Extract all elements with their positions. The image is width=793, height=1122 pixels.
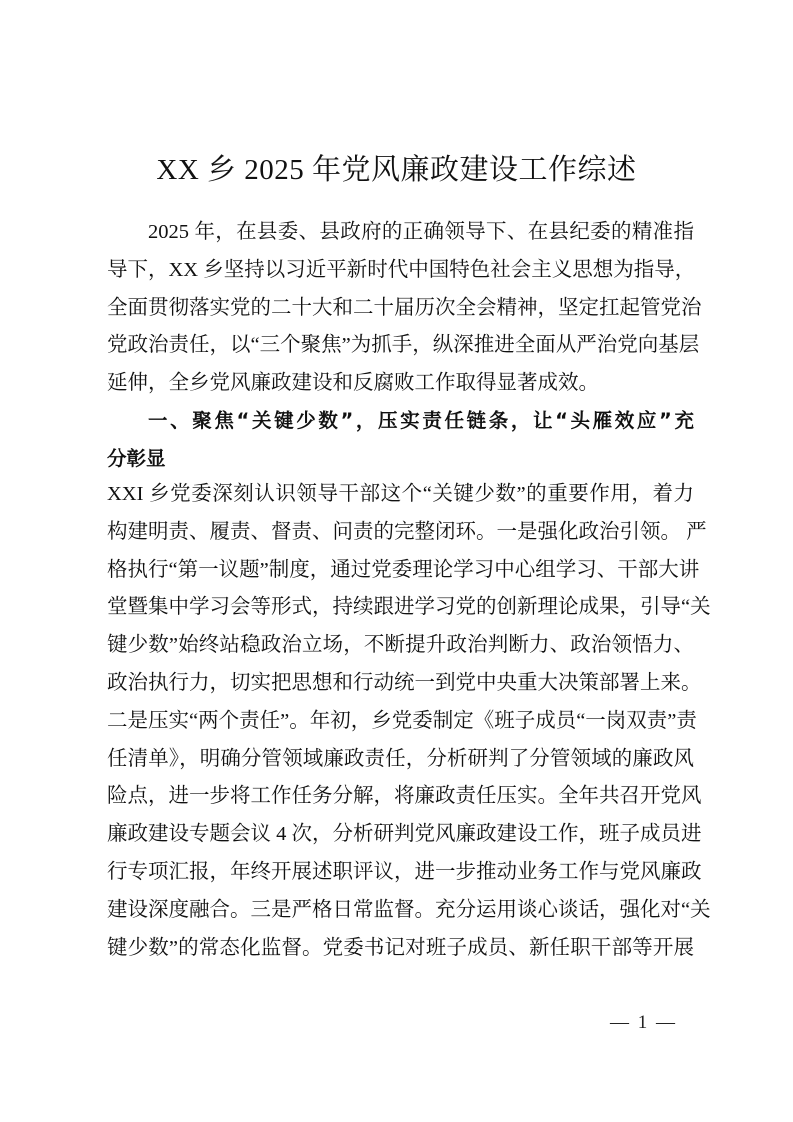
text-line: 廉政建设专题会议 4 次，分析研判党风廉政建设工作，班子成员进: [107, 816, 694, 854]
text-line: XXI 乡党委深刻认识领导干部这个“关键少数”的重要作用，着力: [107, 476, 694, 514]
document-page: XX 乡 2025 年党风廉政建设工作综述 2025 年，在县委、县政府的正确领…: [0, 0, 793, 1122]
text-line: 全面贯彻落实党的二十大和二十届历次全会精神，坚定扛起管党治: [107, 290, 694, 328]
text-line: 键少数”始终站稳政治立场，不断提升政治判断力、政治领悟力、: [107, 627, 694, 665]
section-heading: 一、聚焦“关键少数”，压实责任链条，让“头雁效应”充 分彰显: [107, 402, 694, 478]
text-line: 行专项汇报，年终开展述职评议，进一步推动业务工作与党风廉政: [107, 854, 694, 892]
page-number: — 1 —: [610, 1012, 677, 1034]
text-line: 延伸，全乡党风廉政建设和反腐败工作取得显著成效。: [107, 365, 694, 403]
heading-line: 分彰显: [107, 440, 694, 478]
text-line: 党政治责任，以“三个聚焦”为抓手，纵深推进全面从严治党向基层: [107, 327, 694, 365]
text-line: 2025 年，在县委、县政府的正确领导下、在县纪委的精准指: [107, 214, 694, 252]
intro-paragraph: 2025 年，在县委、县政府的正确领导下、在县纪委的精准指 导下，XX 乡坚持以…: [107, 214, 694, 403]
section-body-paragraph: XXI 乡党委深刻认识领导干部这个“关键少数”的重要作用，着力 构建明责、履责、…: [107, 476, 694, 967]
text-line: 导下，XX 乡坚持以习近平新时代中国特色社会主义思想为指导，: [107, 252, 694, 290]
text-line: 建设深度融合。三是严格日常监督。充分运用谈心谈话，强化对“关: [107, 892, 694, 930]
text-line: 险点，进一步将工作任务分解，将廉政责任压实。全年共召开党风: [107, 778, 694, 816]
text-line: 构建明责、履责、督责、问责的完整闭环。一是强化政治引领。 严: [107, 514, 694, 552]
heading-line: 一、聚焦“关键少数”，压实责任链条，让“头雁效应”充: [107, 402, 694, 440]
document-title: XX 乡 2025 年党风廉政建设工作综述: [0, 150, 793, 190]
text-line: 二是压实“两个责任”。年初，乡党委制定《班子成员“一岗双责”责: [107, 703, 694, 741]
text-line: 政治执行力，切实把思想和行动统一到党中央重大决策部署上来。: [107, 665, 694, 703]
text-line: 任清单》，明确分管领域廉政责任，分析研判了分管领域的廉政风: [107, 741, 694, 779]
text-line: 格执行“第一议题”制度，通过党委理论学习中心组学习、干部大讲: [107, 552, 694, 590]
text-line: 键少数”的常态化监督。党委书记对班子成员、新任职干部等开展: [107, 930, 694, 968]
text-line: 堂暨集中学习会等形式，持续跟进学习党的创新理论成果，引导“关: [107, 589, 694, 627]
